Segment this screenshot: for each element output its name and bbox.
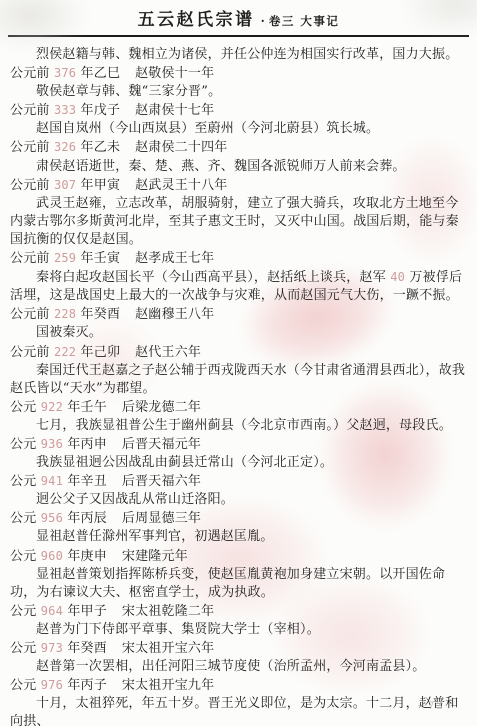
- year-heading: 公元前 259 年壬寅赵孝成王七年: [10, 249, 467, 268]
- event-paragraph: 烈侯赵籍与韩、魏相立为诸侯，并任公仲连为相国实行改革，国力大振。: [10, 46, 467, 64]
- event-text: 迥公父子又因战乱从常山迁洛阳。: [36, 492, 234, 507]
- year-number: 222: [54, 345, 76, 359]
- year-heading: 公元前 222 年己卯赵代王六年: [10, 343, 467, 362]
- era-label: 公元前: [10, 178, 54, 193]
- ganzhi-label: 年乙未: [76, 140, 120, 155]
- era-label: 公元: [10, 604, 41, 619]
- reign-title: 赵肃侯二十四年: [135, 140, 227, 155]
- event-text: 烈侯赵籍与韩、魏相立为诸侯，并任公仲连为相国实行改革，国力大振。: [36, 47, 458, 62]
- era-label: 公元: [10, 511, 41, 526]
- event-text: 七月，我族显祖普公生于幽州蓟县（今北京市西南。）父赵迥，母段氏。: [36, 418, 452, 433]
- year-number: 326: [54, 140, 76, 154]
- ganzhi-label: 年庚申: [63, 549, 107, 564]
- reign-title: 赵幽穆王八年: [135, 307, 214, 322]
- year-number: 307: [54, 178, 76, 192]
- ganzhi-label: 年甲寅: [76, 178, 120, 193]
- year-heading: 公元前 307 年甲寅赵武灵王十八年: [10, 176, 467, 195]
- ganzhi-label: 年乙巳: [76, 66, 120, 81]
- event-paragraph: 七月，我族显祖普公生于幽州蓟县（今北京市西南。）父赵迥，母段氏。: [10, 417, 467, 435]
- event-paragraph: 赵普第一次罢相，出任河阳三城节度使（治所孟州，今河南孟县）。: [10, 658, 467, 676]
- event-text: 秦国迁代王赵嘉之子赵公辅于西戎陇西天水（今甘肃省通渭县西北），故我赵氏皆以“天水…: [10, 363, 465, 396]
- ganzhi-label: 年丙申: [63, 437, 107, 452]
- event-text: 十月，太祖猝死，年五十岁。晋王光义即位，是为太宗。十二月，赵普和向拱、: [10, 696, 458, 726]
- year-heading: 公元 964 年甲子宋太祖乾隆二年: [10, 602, 467, 621]
- year-number: 973: [41, 641, 63, 655]
- era-label: 公元前: [10, 307, 54, 322]
- event-paragraph: 秦将白起攻赵国长平（今山西高平县），赵括纸上谈兵，赵军 40 万被俘后活埋，这是…: [10, 268, 467, 305]
- year-number: 960: [41, 549, 63, 563]
- reign-title: 宋太祖乾隆二年: [122, 604, 214, 619]
- era-label: 公元前: [10, 345, 54, 360]
- ganzhi-label: 年壬寅: [76, 251, 120, 266]
- year-number: 941: [41, 474, 63, 488]
- ganzhi-label: 年丙辰: [63, 511, 107, 526]
- event-paragraph: 我族显祖迥公因战乱由蓟县迁常山（今河北正定）。: [10, 454, 467, 472]
- event-text: 我族显祖迥公因战乱由蓟县迁常山（今河北正定）。: [36, 455, 333, 470]
- era-label: 公元: [10, 641, 41, 656]
- year-number: 376: [54, 66, 76, 80]
- event-paragraph: 十月，太祖猝死，年五十岁。晋王光义即位，是为太宗。十二月，赵普和向拱、: [10, 695, 467, 726]
- year-heading: 公元 956 年丙辰后周显德三年: [10, 509, 467, 528]
- event-text: 敬侯赵章与韩、魏“三家分晋”。: [36, 84, 221, 99]
- event-text: 显祖赵普任滁州军事判官，初遇赵匡胤。: [36, 529, 274, 544]
- reign-title: 宋太祖开宝九年: [122, 678, 214, 693]
- event-text: 赵国自岚州（今山西岚县）至蔚州（今河北蔚县）筑长城。: [36, 121, 379, 136]
- year-number: 259: [54, 251, 76, 265]
- year-number: 922: [41, 400, 63, 414]
- event-paragraph: 赵普为门下侍郎平章事、集贤院大学士（宰相）。: [10, 621, 467, 639]
- reign-title: 后晋天福六年: [122, 474, 201, 489]
- era-label: 公元: [10, 549, 41, 564]
- genealogy-scan-page: 五云赵氏宗谱·卷三 大事记 烈侯赵籍与韩、魏相立为诸侯，并任公仲连为相国实行改革…: [0, 0, 477, 726]
- year-heading: 公元 973 年癸酉宋太祖开宝六年: [10, 639, 467, 658]
- event-paragraph: 敬侯赵章与韩、魏“三家分晋”。: [10, 83, 467, 101]
- year-number: 333: [54, 103, 76, 117]
- reign-title: 后梁龙德二年: [122, 400, 201, 415]
- ganzhi-label: 年丙子: [63, 678, 107, 693]
- era-label: 公元: [10, 678, 41, 693]
- year-heading: 公元 941 年辛丑后晋天福六年: [10, 472, 467, 491]
- ganzhi-label: 年己卯: [76, 345, 120, 360]
- event-paragraph: 显祖赵普策划指挥陈桥兵变，使赵匡胤黄袍加身建立宋朝。以开国佐命功，为右谏议大夫、…: [10, 566, 467, 602]
- reign-title: 赵代王六年: [135, 345, 201, 360]
- ganzhi-label: 年甲子: [63, 604, 107, 619]
- event-text: 秦将白起攻赵国长平（今山西高平县），赵括纸上谈兵，赵军: [36, 270, 390, 285]
- ganzhi-label: 年辛丑: [63, 474, 107, 489]
- reign-title: 宋太祖开宝六年: [122, 641, 214, 656]
- event-text: 肃侯赵语逝世，秦、楚、燕、齐、魏国各派锐师万人前来会葬。: [36, 159, 406, 174]
- title-separator: ·: [261, 14, 265, 28]
- event-text: 显祖赵普策划指挥陈桥兵变，使赵匡胤黄袍加身建立宋朝。以开国佐命功，为右谏议大夫、…: [10, 567, 445, 600]
- reign-title: 后周显德三年: [122, 511, 201, 526]
- ganzhi-label: 年壬午: [63, 400, 107, 415]
- era-label: 公元前: [10, 140, 54, 155]
- header-divider: [8, 35, 469, 37]
- year-number: 228: [54, 307, 76, 321]
- year-heading: 公元 976 年丙子宋太祖开宝九年: [10, 676, 467, 695]
- era-label: 公元前: [10, 66, 54, 81]
- era-label: 公元前: [10, 103, 54, 118]
- volume-section-title: 卷三 大事记: [269, 14, 340, 28]
- ganzhi-label: 年癸酉: [63, 641, 107, 656]
- era-label: 公元前: [10, 251, 54, 266]
- page-header: 五云赵氏宗谱·卷三 大事记: [10, 8, 467, 32]
- year-heading: 公元前 326 年乙未赵肃侯二十四年: [10, 138, 467, 157]
- event-paragraph: 肃侯赵语逝世，秦、楚、燕、齐、魏国各派锐师万人前来会葬。: [10, 158, 467, 176]
- reign-title: 赵武灵王十八年: [135, 178, 227, 193]
- event-text: 赵普第一次罢相，出任河阳三城节度使（治所孟州，今河南孟县）。: [36, 659, 426, 674]
- event-paragraph: 显祖赵普任滁州军事判官，初遇赵匡胤。: [10, 528, 467, 546]
- chronicle-body: 烈侯赵籍与韩、魏相立为诸侯，并任公仲连为相国实行改革，国力大振。公元前 376 …: [10, 46, 467, 726]
- year-heading: 公元 922 年壬午后梁龙德二年: [10, 398, 467, 417]
- page-number: · 73 ·: [418, 701, 455, 712]
- year-heading: 公元 936 年丙申后晋天福元年: [10, 435, 467, 454]
- year-number: 956: [41, 511, 63, 525]
- event-text: 赵普为门下侍郎平章事、集贤院大学士（宰相）。: [36, 622, 320, 637]
- inline-number: 40: [390, 270, 405, 284]
- year-heading: 公元前 228 年癸酉赵幽穆王八年: [10, 305, 467, 324]
- year-number: 964: [41, 604, 63, 618]
- event-paragraph: 秦国迁代王赵嘉之子赵公辅于西戎陇西天水（今甘肃省通渭县西北），故我赵氏皆以“天水…: [10, 362, 467, 398]
- year-heading: 公元前 333 年戊子赵肃侯十七年: [10, 101, 467, 120]
- reign-title: 后晋天福元年: [122, 437, 201, 452]
- event-text: 武灵王赵雍，立志改革，胡服骑射，建立了强大骑兵，攻取北方土地至今内蒙古鄂尔多斯黄…: [10, 196, 459, 247]
- era-label: 公元: [10, 474, 41, 489]
- reign-title: 赵肃侯十七年: [135, 103, 214, 118]
- reign-title: 赵敬侯十一年: [135, 66, 214, 81]
- era-label: 公元: [10, 437, 41, 452]
- ganzhi-label: 年癸酉: [76, 307, 120, 322]
- era-label: 公元: [10, 400, 41, 415]
- book-title: 五云赵氏宗谱: [138, 10, 255, 30]
- year-heading: 公元 960 年庚申宋建隆元年: [10, 547, 467, 566]
- year-heading: 公元前 376 年乙巳赵敬侯十一年: [10, 64, 467, 83]
- event-paragraph: 赵国自岚州（今山西岚县）至蔚州（今河北蔚县）筑长城。: [10, 120, 467, 138]
- event-paragraph: 迥公父子又因战乱从常山迁洛阳。: [10, 491, 467, 509]
- reign-title: 宋建隆元年: [122, 549, 188, 564]
- year-number: 936: [41, 437, 63, 451]
- reign-title: 赵孝成王七年: [135, 251, 214, 266]
- event-paragraph: 武灵王赵雍，立志改革，胡服骑射，建立了强大骑兵，攻取北方土地至今内蒙古鄂尔多斯黄…: [10, 195, 467, 249]
- year-number: 976: [41, 678, 63, 692]
- event-text: 国被秦灭。: [36, 325, 102, 340]
- event-paragraph: 国被秦灭。: [10, 324, 467, 342]
- ganzhi-label: 年戊子: [76, 103, 120, 118]
